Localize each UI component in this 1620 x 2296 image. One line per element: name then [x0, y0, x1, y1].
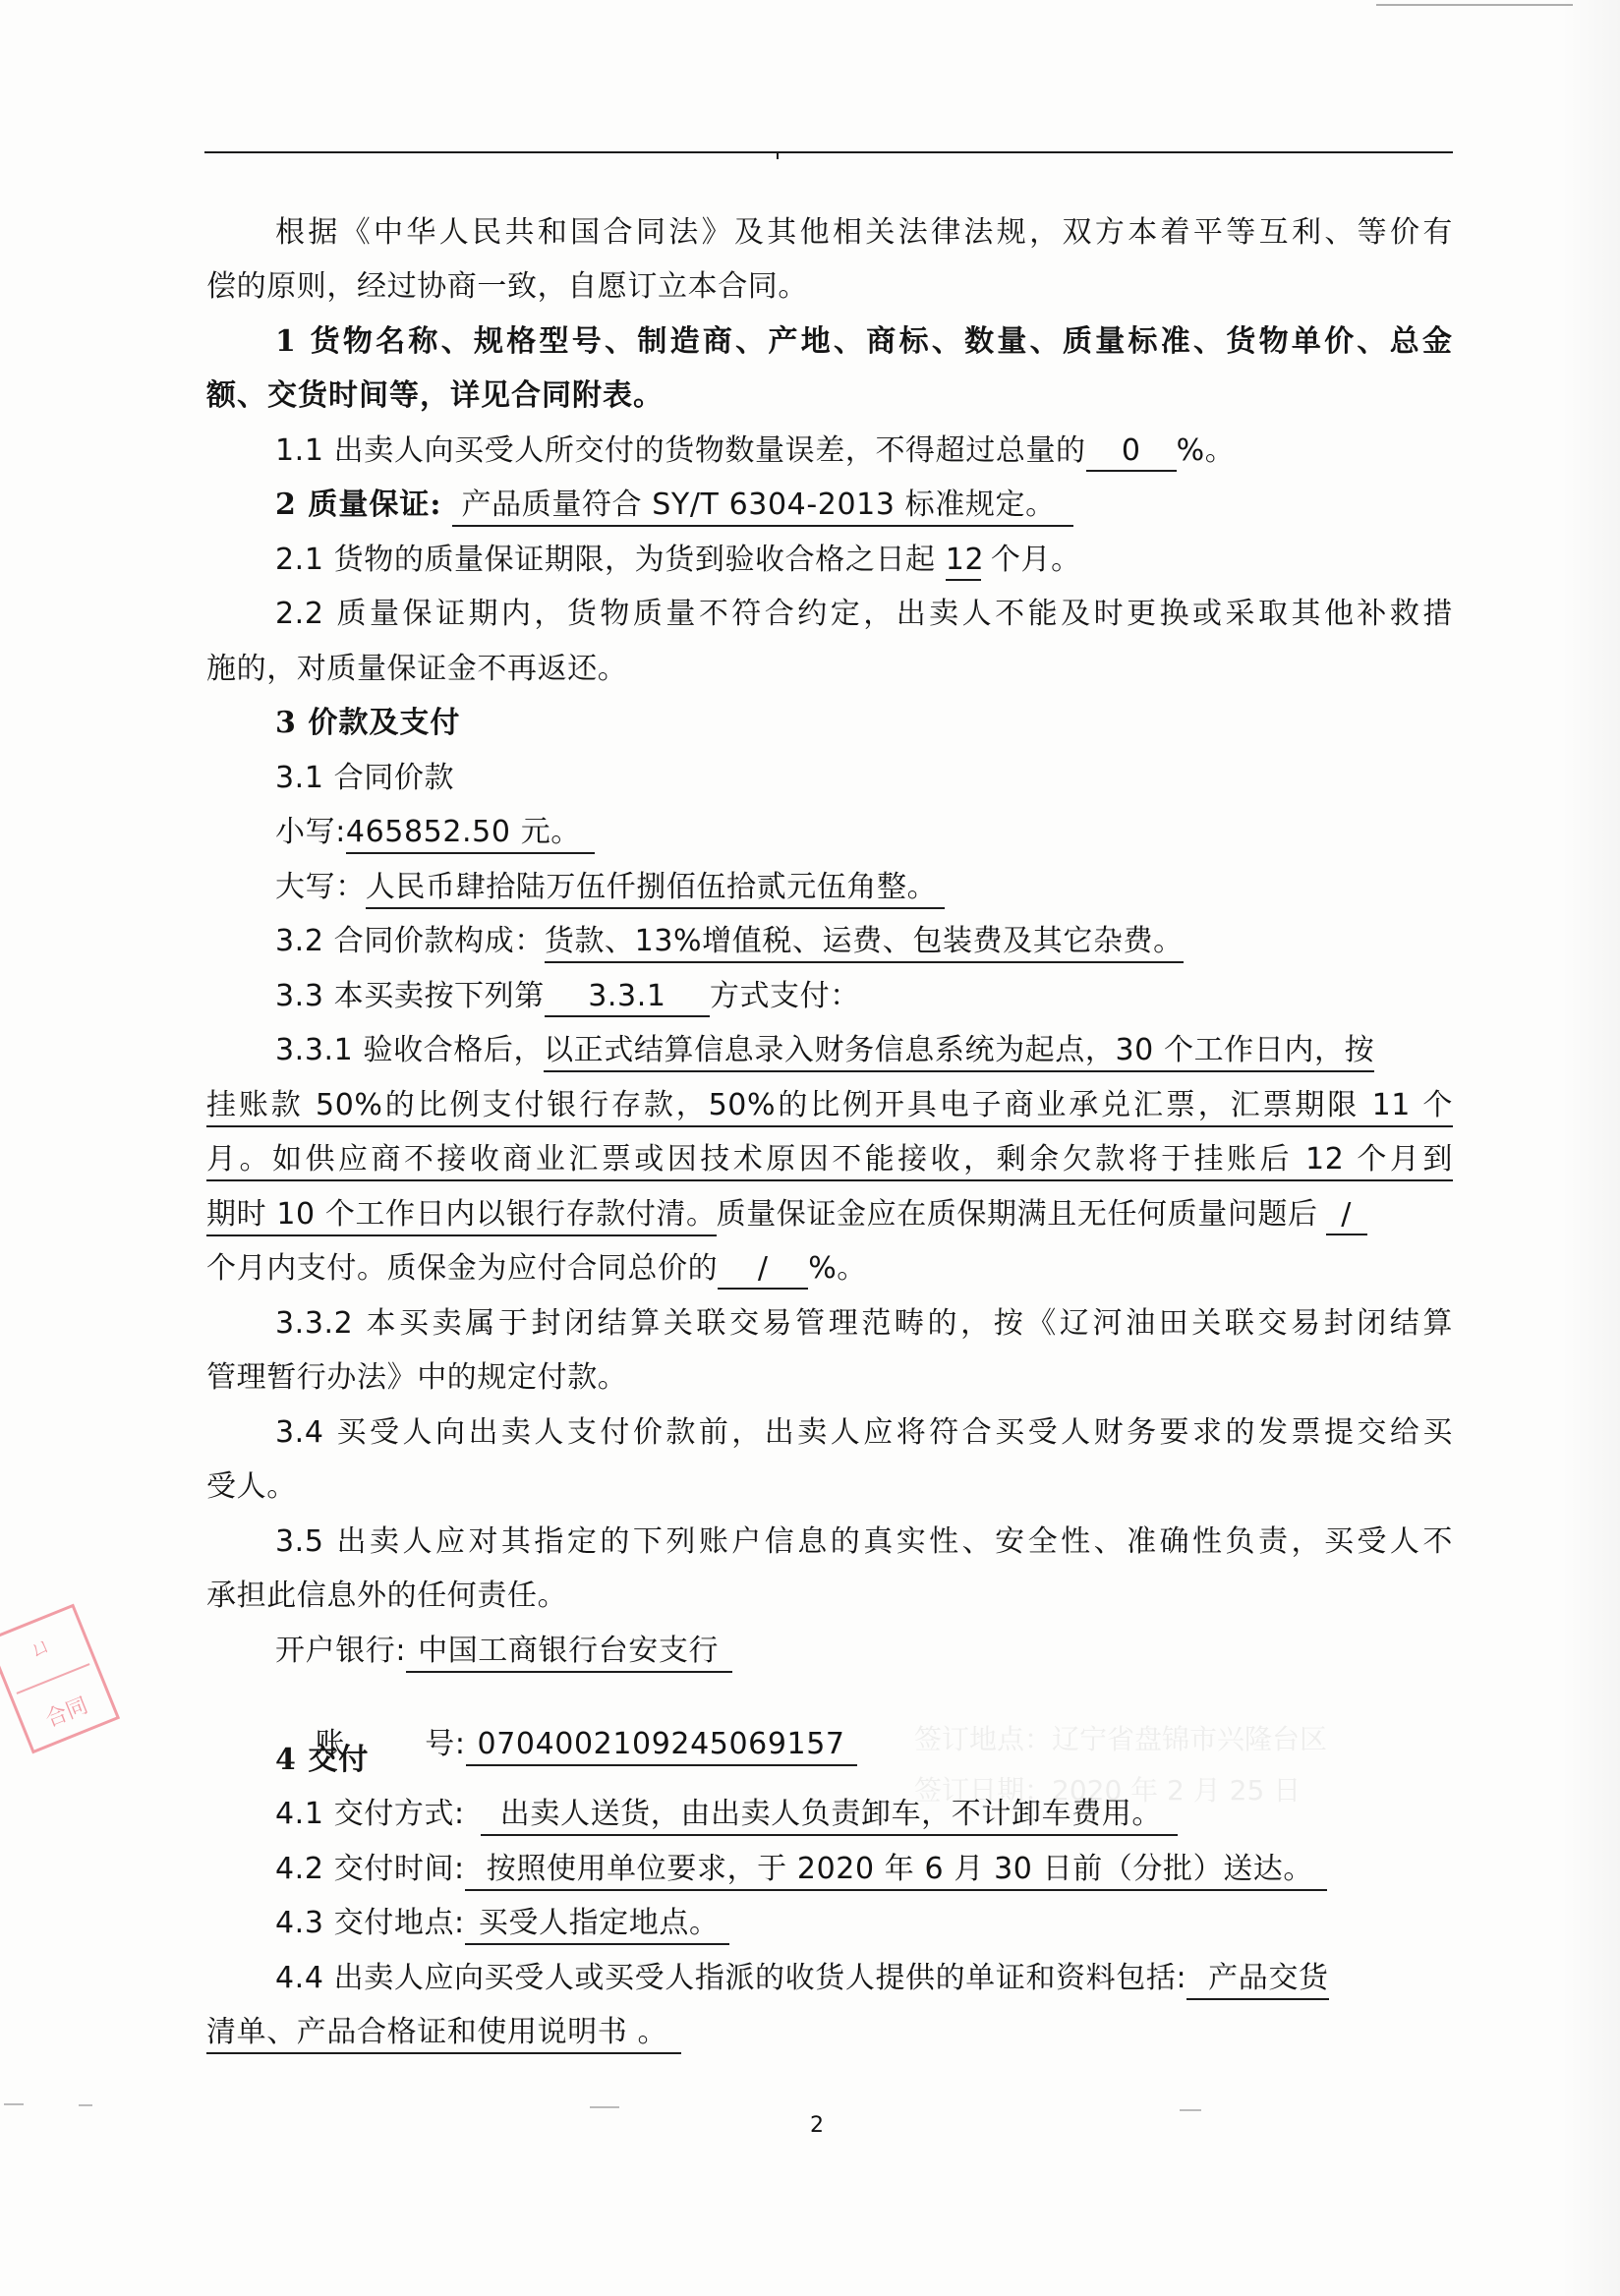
retention-percent-text: 个月内支付。质保金为应付合同总价的: [206, 1251, 718, 1286]
scan-noise: [590, 2106, 619, 2108]
clause-2-1-suffix: 个月。: [981, 543, 1081, 577]
clause-3-3-1-line-4: 期时 10 个工作日内以银行存款付清。质量保证金应在质保期满且无任何质量问题后/: [206, 1195, 1367, 1236]
section-3-heading: 3 价款及支付: [275, 704, 460, 743]
clause-3-4-line-1: 3.4 买受人向出卖人支付价款前，出卖人应将符合买受人财务要求的发票提交给买: [275, 1413, 1453, 1453]
scan-noise: [1180, 2109, 1201, 2111]
clause-2-1: 2.1 货物的质量保证期限，为货到验收合格之日起 12 个月。: [275, 541, 1081, 581]
header-rule-tick: [777, 151, 779, 159]
section-2-line: 2 质量保证: 产品质量符合 SY/T 6304-2013 标准规定。: [275, 486, 1073, 527]
clause-1-1-suffix: %。: [1177, 433, 1236, 468]
clause-2-2-line-1: 2.2 质量保证期内，货物质量不符合约定，出卖人不能及时更换或采取其他补救措: [275, 595, 1453, 634]
bank-label: 开户银行:: [275, 1634, 406, 1668]
clause-4-4-line-2: 清单、产品合格证和使用说明书 。: [206, 2013, 681, 2054]
section-1-heading: 1 货物名称、规格型号、制造商、产地、商标、数量、质量标准、货物单价、总金: [275, 322, 1453, 362]
clause-3-3-1-prefix: 3.3.1 验收合格后，: [275, 1033, 544, 1067]
seal-text-top: ㄩ: [25, 1629, 56, 1665]
clause-3-3-1-line-2: 挂账款 50%的比例支付银行存款，50%的比例开具电子商业承兑汇票，汇票期限 1…: [206, 1086, 1453, 1127]
clause-3-3-1-line-3: 月。如供应商不接收商业汇票或因技术原因不能接收，剩余欠款将于挂账后 12 个月到: [206, 1140, 1453, 1181]
clause-3-3-1-terms: 期时 10 个工作日内以银行存款付清。: [206, 1196, 717, 1236]
clause-3-3-1-terms: 挂账款 50%的比例支付银行存款，50%的比例开具电子商业承兑汇票，汇票期限 1…: [206, 1087, 1453, 1127]
delivery-place-value: 买受人指定地点。: [465, 1905, 729, 1945]
intro-line-2: 偿的原则，经过协商一致，自愿订立本合同。: [206, 267, 808, 307]
bank-value: 中国工商银行台安支行: [406, 1633, 732, 1673]
bleed-through-text: 签订地点：辽宁省盘锦市兴隆台区: [914, 1718, 1327, 1757]
scan-noise: [79, 2104, 92, 2106]
quality-standard-value: 产品质量符合 SY/T 6304-2013 标准规定。: [452, 487, 1073, 527]
clause-2-1-text: 2.1 货物的质量保证期限，为货到验收合格之日起: [275, 543, 936, 577]
seal-stamp: ㄩ 合同: [0, 1604, 120, 1754]
seal-text-bottom: 合同: [40, 1689, 91, 1733]
clause-1-1-text: 1.1 出卖人向买受人所交付的货物数量误差，不得超过总量的: [275, 433, 1086, 468]
clause-3-5-line-1: 3.5 出卖人应对其指定的下列账户信息的真实性、安全性、准确性负责，买受人不: [275, 1522, 1453, 1562]
clause-3-3-1-line-1: 3.3.1 验收合格后，以正式结算信息录入财务信息系统为起点，30 个工作日内，…: [275, 1031, 1374, 1072]
clause-3-3-1-terms: 月。如供应商不接收商业汇票或因技术原因不能接收，剩余欠款将于挂账后 12 个月到: [206, 1141, 1453, 1181]
delivery-time-value: 按照使用单位要求，于 2020 年 6 月 30 日前（分批）送达。: [465, 1851, 1327, 1891]
scanned-contract-page: 签订地点：辽宁省盘锦市兴隆台区 签订日期：2020 年 2 月 25 日 根据《…: [0, 0, 1620, 2296]
clause-3-3-2-line-1: 3.3.2 本买卖属于封闭结算关联交易管理范畴的，按《辽河油田关联交易封闭结算: [275, 1304, 1453, 1344]
clause-3-3-1-line-5: 个月内支付。质保金为应付合同总价的/%。: [206, 1249, 867, 1290]
clause-4-1-label: 4.1 交付方式:: [275, 1797, 465, 1831]
clause-2-2-line-2: 施的，对质量保证金不再返还。: [206, 650, 627, 689]
clause-3-3-2-line-2: 管理暂行办法》中的规定付款。: [206, 1358, 627, 1398]
quantity-tolerance-value: 0: [1086, 432, 1177, 472]
clause-3-2: 3.2 合同价款构成：货款、13%增值税、运费、包装费及其它杂费。: [275, 922, 1184, 963]
clause-3-2-label: 3.2 合同价款构成：: [275, 924, 545, 958]
section-4-heading: 4 交付: [275, 1741, 369, 1780]
bank-line: 开户银行:中国工商银行台安支行: [275, 1632, 732, 1673]
section-1-line-2: 额、交货时间等，详见合同附表。: [206, 376, 664, 416]
price-uppercase-line: 大写：人民币肆拾陆万伍仟捌佰伍拾贰元伍角整。: [275, 868, 945, 909]
warranty-months-value: 12: [946, 542, 981, 581]
delivery-method-value: 出卖人送货，由出卖人负责卸车，不计卸车费用。: [481, 1796, 1178, 1836]
price-composition-value: 货款、13%增值税、运费、包装费及其它杂费。: [545, 923, 1184, 963]
scan-edge-shadow: [1561, 0, 1620, 2296]
clause-4-3-label: 4.3 交付地点:: [275, 1906, 465, 1940]
scan-noise: [4, 2103, 24, 2105]
account-value: 0704002109245069157: [466, 1726, 857, 1766]
clause-4-2-label: 4.2 交付时间:: [275, 1852, 465, 1886]
clause-3-4-line-2: 受人。: [206, 1467, 297, 1507]
clause-3-3-prefix: 3.3 本买卖按下列第: [275, 979, 545, 1013]
price-lowercase-value: 465852.50 元。: [346, 814, 595, 854]
clause-3-5-line-2: 承担此信息外的任何责任。: [206, 1577, 567, 1616]
price-uppercase-label: 大写：: [275, 870, 366, 904]
payment-method-value: 3.3.1: [545, 978, 710, 1017]
documents-value: 产品交货: [1186, 1960, 1328, 2000]
clause-4-4-line-1: 4.4 出卖人应向买受人或买受人指派的收货人提供的单证和资料包括:产品交货: [275, 1959, 1329, 2000]
documents-value: 清单、产品合格证和使用说明书 。: [206, 2014, 681, 2054]
retention-months-value: /: [1326, 1196, 1367, 1235]
intro-line-1: 根据《中华人民共和国合同法》及其他相关法律法规，双方本着平等互利、等价有: [275, 213, 1453, 253]
clause-4-2: 4.2 交付时间:按照使用单位要求，于 2020 年 6 月 30 日前（分批）…: [275, 1850, 1327, 1891]
clause-4-1: 4.1 交付方式:出卖人送货，由出卖人负责卸车，不计卸车费用。: [275, 1795, 1178, 1836]
header-rule: [204, 151, 1453, 153]
clause-1-1: 1.1 出卖人向买受人所交付的货物数量误差，不得超过总量的0%。: [275, 431, 1235, 472]
clause-3-3: 3.3 本买卖按下列第3.3.1方式支付：: [275, 977, 860, 1017]
price-uppercase-value: 人民币肆拾陆万伍仟捌佰伍拾贰元伍角整。: [366, 869, 945, 909]
price-lowercase-line: 小写:465852.50 元。: [275, 813, 595, 854]
clause-3-1-title: 3.1 合同价款: [275, 759, 454, 798]
clause-4-3: 4.3 交付地点:买受人指定地点。: [275, 1904, 729, 1945]
retention-text: 质量保证金应在质保期满且无任何质量问题后: [717, 1197, 1318, 1232]
clause-4-4-text: 4.4 出卖人应向买受人或买受人指派的收货人提供的单证和资料包括:: [275, 1961, 1186, 1995]
price-lowercase-label: 小写:: [275, 815, 346, 849]
clause-3-3-suffix: 方式支付：: [710, 979, 860, 1013]
page-number: 2: [810, 2113, 824, 2138]
scan-top-edge: [1376, 4, 1573, 6]
retention-percent-suffix: %。: [808, 1251, 867, 1286]
retention-percent-value: /: [718, 1250, 808, 1290]
clause-3-3-1-terms: 以正式结算信息录入财务信息系统为起点，30 个工作日内，按: [544, 1032, 1374, 1072]
section-2-heading: 2 质量保证:: [275, 488, 441, 522]
